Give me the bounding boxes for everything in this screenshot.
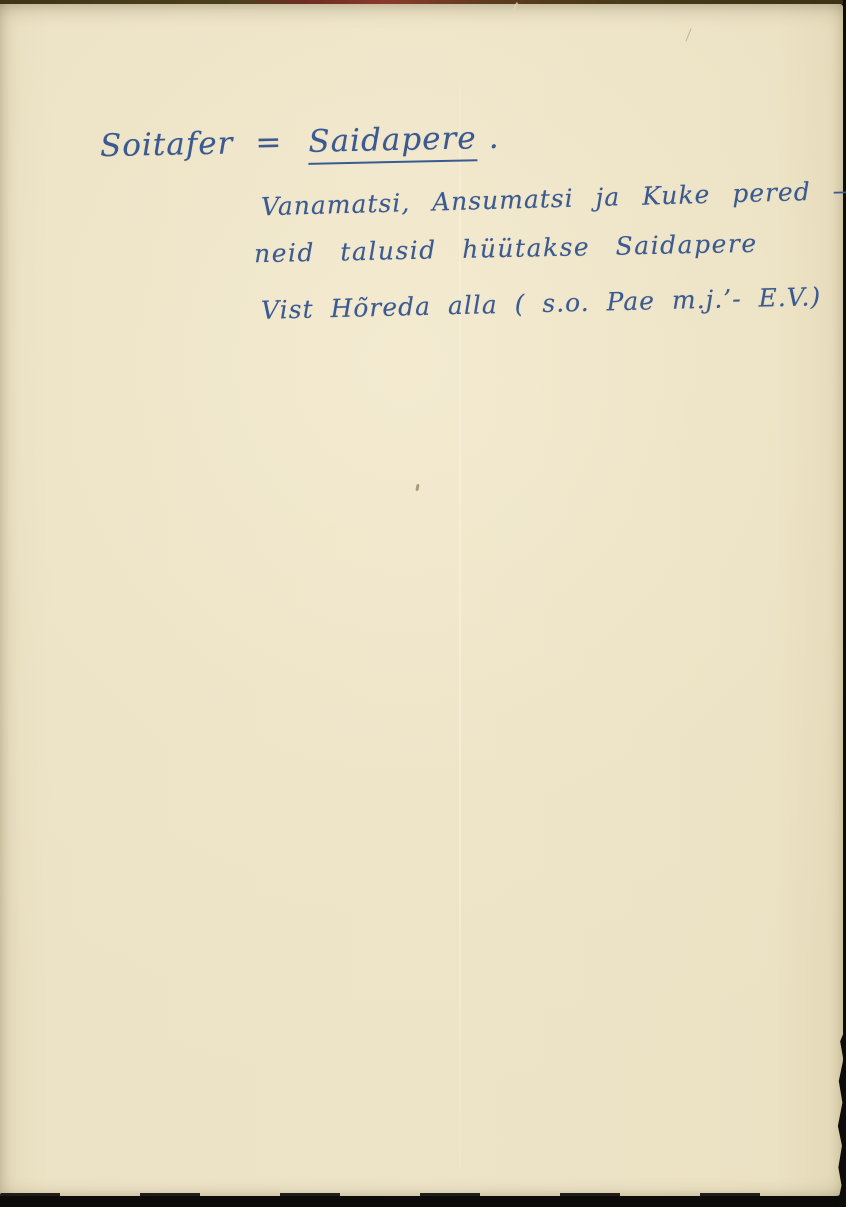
- top-edge-strip: [0, 0, 846, 4]
- bottom-edge-strip: [0, 1196, 846, 1207]
- scanned-page: Soitafer=Saidapere. Vanamatsi, Ansumatsi…: [0, 0, 846, 1207]
- equals-sign: =: [255, 124, 283, 161]
- title-lhs: Soitafer: [100, 125, 234, 164]
- paper-crease: [459, 60, 461, 1170]
- title-rhs-underlined: Saidapere: [308, 120, 477, 165]
- handwritten-line-title: Soitafer=Saidapere.: [100, 120, 500, 164]
- title-period: .: [488, 120, 500, 156]
